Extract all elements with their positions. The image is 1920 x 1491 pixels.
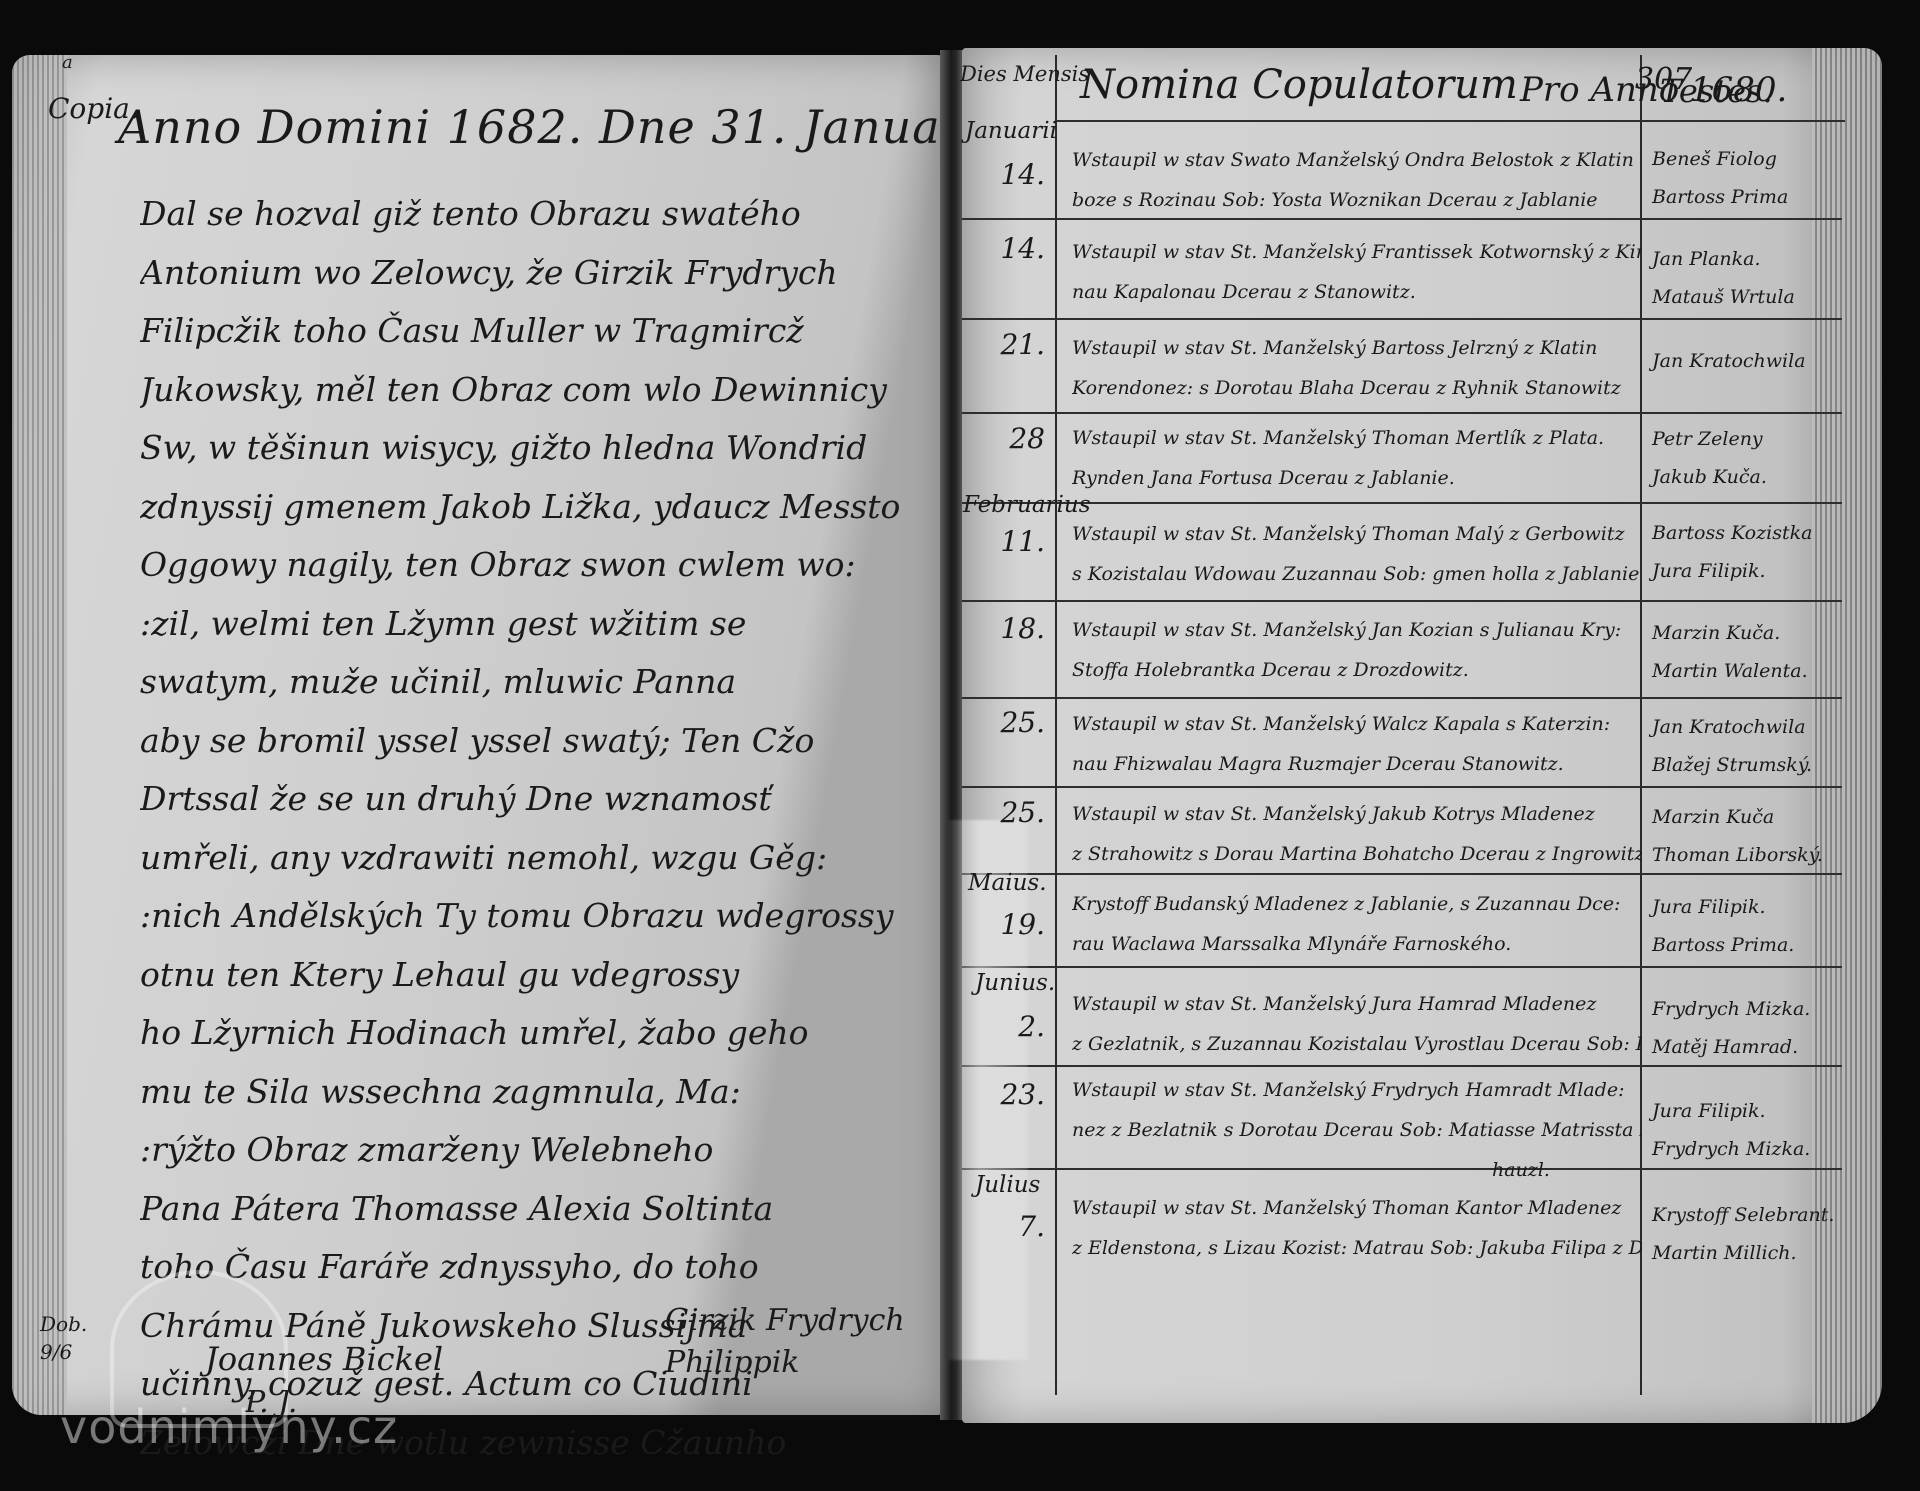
witness-cell: Jura Filipik. Frydrych Mizka. (1652, 1092, 1852, 1168)
row-rule (962, 697, 1842, 699)
marriage-entry: Wstaupil w stav St. Manželský Thoman Mer… (1072, 418, 1642, 498)
witness-cell: Bartoss Kozistka Jura Filipik. (1652, 514, 1852, 590)
witness-cell: Jan Kratochwila Blažej Strumský. (1652, 708, 1852, 784)
entry-line: z Eldenstona, s Lizau Kozist: Matrau Sob… (1072, 1228, 1642, 1268)
signature-girzik: Girzik Frydrych Philippik (665, 1300, 905, 1384)
header-nomina-copulatorum: Nomina Copulatorum (1080, 62, 1518, 108)
marriage-entry: Wstaupil w stav St. Manželský Jan Kozian… (1072, 610, 1642, 690)
month-label: Julius (975, 1172, 1040, 1198)
witness-name: Marzin Kuča (1652, 798, 1852, 836)
witness-cell: Marzin Kuča Thoman Liborský. (1652, 798, 1852, 874)
witness-cell: Krystoff Selebrant. Martin Millich. (1652, 1196, 1852, 1272)
entry-line: hauzl. (1072, 1150, 1642, 1190)
witness-name: Jan Planka. (1652, 240, 1852, 278)
body-line: :nich Andělských Ty tomu Obrazu wdegross… (140, 887, 940, 946)
entry-line: Korendonez: s Dorotau Blaha Dcerau z Ryh… (1072, 368, 1642, 408)
witness-cell: Frydrych Mizka. Matěj Hamrad. (1652, 990, 1852, 1066)
corner-notes: Dob. 9/6 (40, 1310, 87, 1366)
body-line: otnu ten Ktery Lehaul gu vdegrossy (140, 946, 940, 1005)
row-rule (962, 600, 1842, 602)
witness-name: Bartoss Prima. (1652, 926, 1852, 964)
witness-name: Krystoff Selebrant. (1652, 1196, 1852, 1234)
ledger-book-spread: a Copia. Anno Domini 1682. Dne 31. Janua… (0, 0, 1920, 1491)
body-line: ho Lžyrnich Hodinach umřel, žabo geho (140, 1004, 940, 1063)
witness-name: Matěj Hamrad. (1652, 1028, 1852, 1066)
witness-name: Jan Kratochwila (1652, 342, 1852, 380)
signature-line: Girzik Frydrych (665, 1300, 905, 1342)
day-cell: 23. (985, 1078, 1045, 1111)
row-rule (962, 502, 1842, 504)
entry-line: Wstaupil w stav St. Manželský Thoman Kan… (1072, 1188, 1642, 1228)
row-rule (962, 786, 1842, 788)
row-rule (962, 966, 1842, 968)
witness-cell: Jura Filipik. Bartoss Prima. (1652, 888, 1852, 964)
entry-line: Wstaupil w stav St. Manželský Frydrych H… (1072, 1070, 1642, 1110)
day-cell: 2. (985, 1010, 1045, 1043)
witness-name: Jakub Kuča. (1652, 458, 1852, 496)
signature-line: Philippik (665, 1342, 905, 1384)
body-line: umřeli, any vzdrawiti nemohl, wzgu Gěg: (140, 829, 940, 888)
day-cell: 14. (985, 232, 1045, 265)
witness-name: Thoman Liborský. (1652, 836, 1852, 874)
witness-name: Jura Filipik. (1652, 552, 1852, 590)
entry-line: Rynden Jana Fortusa Dcerau z Jablanie. (1072, 458, 1642, 498)
body-line: Dal se hozval giž tento Obrazu swatého (140, 185, 940, 244)
month-label: Januarii (965, 118, 1057, 144)
left-page-body: Dal se hozval giž tento Obrazu swatého A… (140, 185, 940, 1472)
entry-line: Wstaupil w stav St. Manželský Bartoss Je… (1072, 328, 1642, 368)
marriage-entry: Wstaupil w stav St. Manželský Jakub Kotr… (1072, 794, 1642, 874)
witness-name: Bartoss Prima (1652, 178, 1852, 216)
body-line: Pana Pátera Thomasse Alexia Soltinta (140, 1180, 940, 1239)
body-line: mu te Sila wssechna zagmnula, Ma: (140, 1063, 940, 1122)
body-line: Oggowy nagily, ten Obraz swon cwlem wo: (140, 536, 940, 595)
entry-line: z Gezlatnik, s Zuzannau Kozistalau Vyros… (1072, 1024, 1642, 1064)
marriage-entry: Wstaupil w stav St. Manželský Thoman Kan… (1072, 1188, 1642, 1268)
row-rule (962, 412, 1842, 414)
day-cell: 7. (985, 1210, 1045, 1243)
corner-note: Dob. (40, 1310, 87, 1338)
entry-line: Krystoff Budanský Mladenez z Jablanie, s… (1072, 884, 1642, 924)
body-line: Filipcžik toho Času Muller w Tragmircž (140, 302, 940, 361)
witness-cell: Beneš Fiolog Bartoss Prima (1652, 140, 1852, 216)
witness-name: Marzin Kuča. (1652, 614, 1852, 652)
month-label: Maius. (968, 870, 1047, 896)
body-line: :rýžto Obraz zmarženy Welebneho (140, 1121, 940, 1180)
entry-line: nau Fhizwalau Magra Ruzmajer Dcerau Stan… (1072, 744, 1642, 784)
entry-line: nau Kapalonau Dcerau z Stanowitz. (1072, 272, 1642, 312)
header-rule (1055, 120, 1845, 122)
entry-line: Wstaupil w stav Swato Manželský Ondra Be… (1072, 140, 1642, 180)
body-line: zdnyssij gmenem Jakob Ližka, ydaucz Mess… (140, 478, 940, 537)
body-line: toho Času Faráře zdnyssyho, do toho (140, 1238, 940, 1297)
day-cell: 21. (985, 328, 1045, 361)
day-cell: 11. (985, 525, 1045, 558)
witness-name: Bartoss Kozistka (1652, 514, 1852, 552)
witness-name: Matauš Wrtula (1652, 278, 1852, 316)
witness-name: Jura Filipik. (1652, 888, 1852, 926)
day-cell: 14. (985, 158, 1045, 191)
witness-cell: Petr Zeleny Jakub Kuča. (1652, 420, 1852, 496)
left-page-heading: Anno Domini 1682. Dne 31. Januarii (118, 100, 995, 154)
witness-name: Jura Filipik. (1652, 1092, 1852, 1130)
entry-line: boze s Rozinau Sob: Yosta Woznikan Dcera… (1072, 180, 1642, 220)
day-cell: 25. (985, 706, 1045, 739)
header-dies-mensis: Dies Mensis (960, 62, 1089, 86)
body-line: Sw, w těšinun wisycy, gižto hledna Wondr… (140, 419, 940, 478)
entry-line: rau Waclawa Marssalka Mlynáře Farnoského… (1072, 924, 1642, 964)
witness-name: Martin Walenta. (1652, 652, 1852, 690)
witness-name: Petr Zeleny (1652, 420, 1852, 458)
row-rule (962, 318, 1842, 320)
marriage-entry: Wstaupil w stav St. Manželský Frantissek… (1072, 232, 1642, 312)
watermark-text: vodnimlyny.cz (60, 1400, 398, 1454)
marriage-entry: Krystoff Budanský Mladenez z Jablanie, s… (1072, 884, 1642, 964)
witness-name: Blažej Strumský. (1652, 746, 1852, 784)
page-edge-stack (12, 55, 67, 1415)
witness-name: Beneš Fiolog (1652, 140, 1852, 178)
entry-line: s Kozistalau Wdowau Zuzannau Sob: gmen h… (1072, 554, 1642, 594)
entry-line: Stoffa Holebrantka Dcerau z Drozdowitz. (1072, 650, 1642, 690)
marriage-entry: Wstaupil w stav St. Manželský Walcz Kapa… (1072, 704, 1642, 784)
marriage-entry: Wstaupil w stav Swato Manželský Ondra Be… (1072, 140, 1642, 220)
entry-line: Wstaupil w stav St. Manželský Frantissek… (1072, 232, 1642, 272)
witness-name: Jan Kratochwila (1652, 708, 1852, 746)
entry-line: Wstaupil w stav St. Manželský Jura Hamra… (1072, 984, 1642, 1024)
marriage-entry: Wstaupil w stav St. Manželský Thoman Mal… (1072, 514, 1642, 594)
entry-line: Wstaupil w stav St. Manželský Walcz Kapa… (1072, 704, 1642, 744)
entry-line: nez z Bezlatnik s Dorotau Dcerau Sob: Ma… (1072, 1110, 1642, 1150)
body-line: Antonium wo Zelowcy, že Girzik Frydrych (140, 244, 940, 303)
witness-cell: Marzin Kuča. Martin Walenta. (1652, 614, 1852, 690)
body-line: aby se bromil yssel yssel swatý; Ten Cžo (140, 712, 940, 771)
witness-name: Frydrych Mizka. (1652, 990, 1852, 1028)
body-line: swatym, muže učinil, mluwic Panna (140, 653, 940, 712)
marriage-entry: Wstaupil w stav St. Manželský Frydrych H… (1072, 1070, 1642, 1190)
column-divider (1055, 55, 1057, 1395)
day-cell: 25. (985, 796, 1045, 829)
entry-line: Wstaupil w stav St. Manželský Jakub Kotr… (1072, 794, 1642, 834)
corner-mark: a (62, 52, 73, 73)
body-line: :zil, welmi ten Lžymn gest wžitim se (140, 595, 940, 654)
body-line: Drtssal že se un druhý Dne wznamosť (140, 770, 940, 829)
signature-joannes: Joannes Bickel (205, 1340, 443, 1378)
marriage-entry: Wstaupil w stav St. Manželský Bartoss Je… (1072, 328, 1642, 408)
corner-note: 9/6 (40, 1338, 87, 1366)
marriage-entry: Wstaupil w stav St. Manželský Jura Hamra… (1072, 984, 1642, 1064)
day-cell: 19. (985, 908, 1045, 941)
body-line: Jukowsky, měl ten Obraz com wlo Dewinnic… (140, 361, 940, 420)
day-cell: 28 (985, 422, 1045, 455)
day-cell: 18. (985, 612, 1045, 645)
entry-line: Wstaupil w stav St. Manželský Thoman Mal… (1072, 514, 1642, 554)
header-testes: Testes. (1660, 72, 1773, 110)
witness-name: Martin Millich. (1652, 1234, 1852, 1272)
entry-line: Wstaupil w stav St. Manželský Thoman Mer… (1072, 418, 1642, 458)
witness-cell: Jan Kratochwila (1652, 342, 1852, 380)
entry-line: z Strahowitz s Dorau Martina Bohatcho Dc… (1072, 834, 1642, 874)
entry-line: Wstaupil w stav St. Manželský Jan Kozian… (1072, 610, 1642, 650)
witness-name: Frydrych Mizka. (1652, 1130, 1852, 1168)
month-label: Junius. (975, 970, 1055, 996)
witness-cell: Jan Planka. Matauš Wrtula (1652, 240, 1852, 316)
